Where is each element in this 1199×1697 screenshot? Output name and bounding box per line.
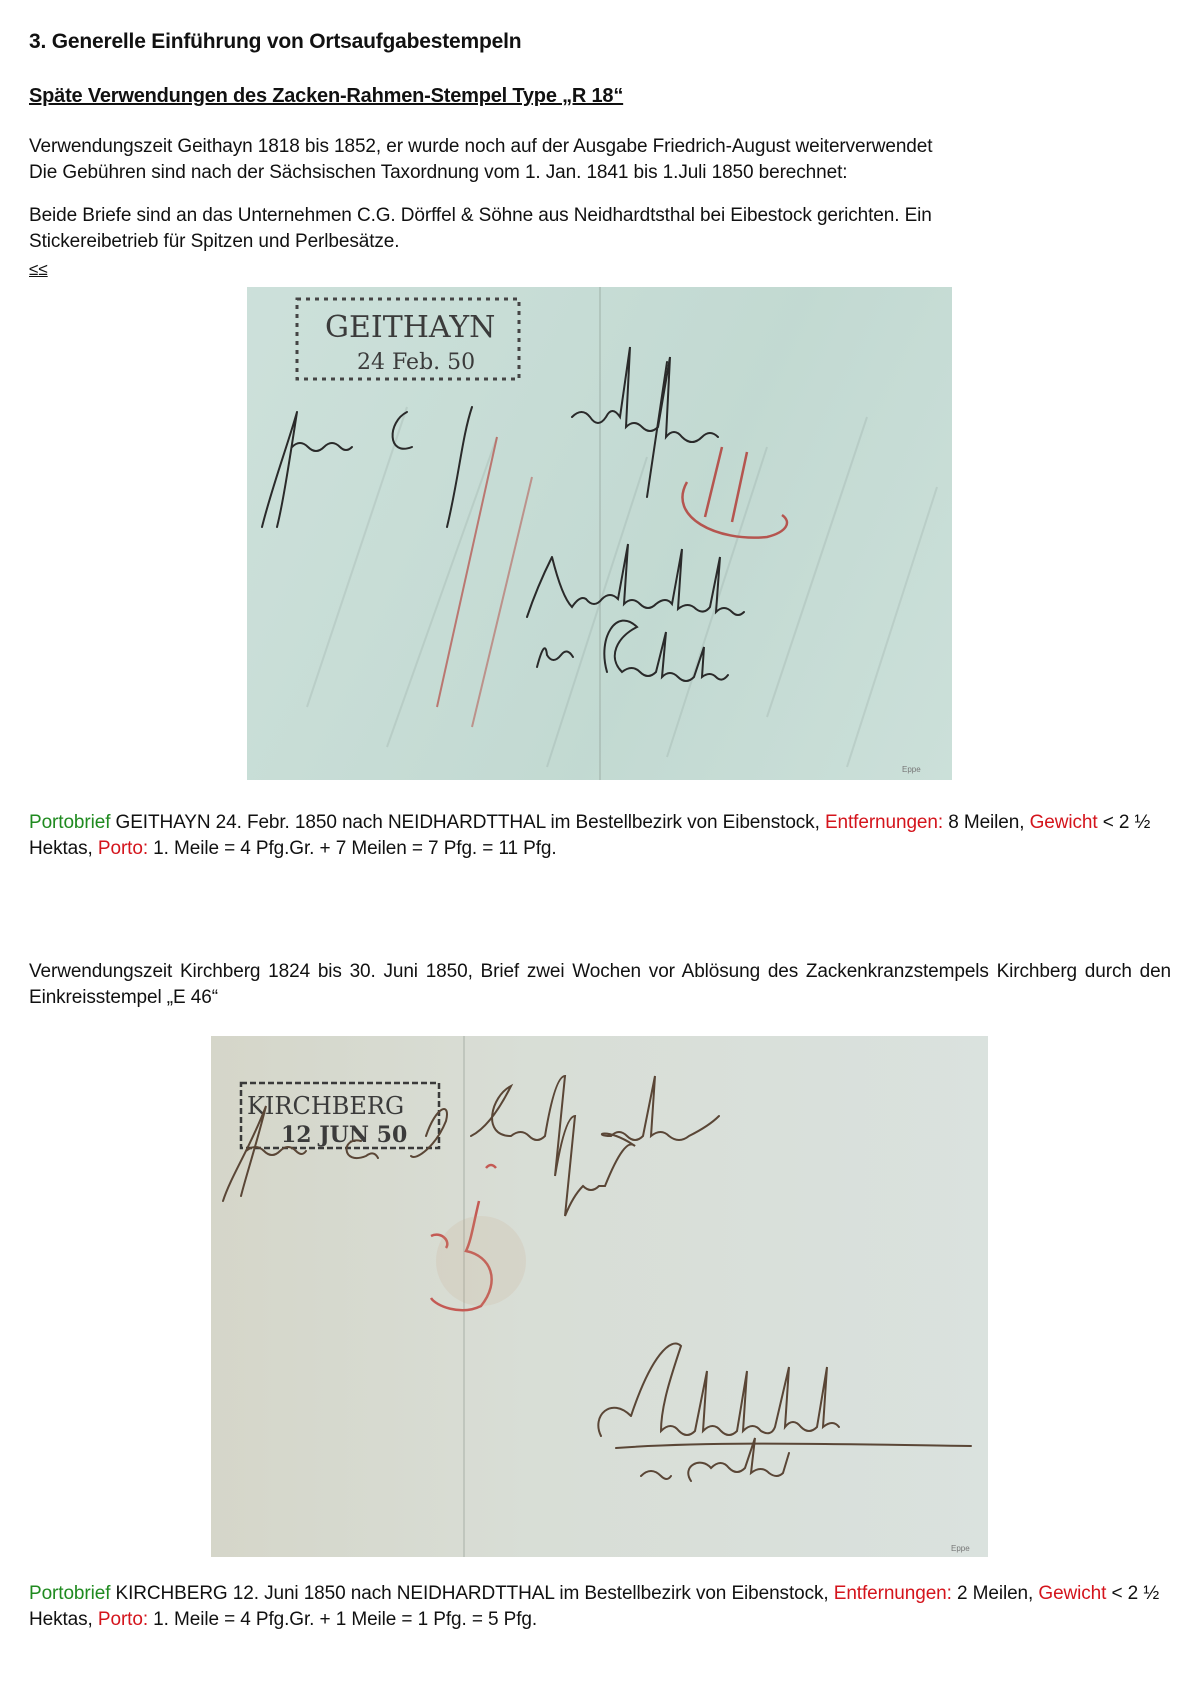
caption-kirchberg: Portobrief KIRCHBERG 12. Juni 1850 nach … xyxy=(29,1581,1174,1633)
geithayn-stamp: GEITHAYN 24 Feb. 50 xyxy=(297,299,519,379)
intro-paragraph: Verwendungszeit Geithayn 1818 bis 1852, … xyxy=(29,134,1169,186)
weight-label: Gewicht xyxy=(1030,812,1098,833)
svg-text:24 Feb. 50: 24 Feb. 50 xyxy=(357,350,475,375)
marker-text: ≤≤ xyxy=(29,260,48,280)
svg-text:KIRCHBERG: KIRCHBERG xyxy=(247,1092,404,1120)
distance-label: Entfernungen: xyxy=(825,812,943,833)
company-line-2: Stickereibetrieb für Spitzen und Perlbes… xyxy=(29,229,1169,255)
letter-image-kirchberg: KIRCHBERG 12 JUN 50 Ерре xyxy=(211,1036,988,1557)
kirchberg-stamp: KIRCHBERG 12 JUN 50 xyxy=(241,1083,439,1148)
section-subheading: Späte Verwendungen des Zacken-Rahmen-Ste… xyxy=(29,85,623,108)
company-paragraph: Beide Briefe sind an das Unternehmen C.G… xyxy=(29,203,1169,255)
svg-text:GEITHAYN: GEITHAYN xyxy=(325,310,495,345)
distance-label: Entfernungen: xyxy=(834,1583,952,1604)
company-line-1: Beide Briefe sind an das Unternehmen C.G… xyxy=(29,203,1169,229)
letter-2-artwork: KIRCHBERG 12 JUN 50 Ерре xyxy=(211,1036,988,1557)
intro-line-2: Die Gebühren sind nach der Sächsischen T… xyxy=(29,160,1169,186)
kirchberg-paragraph: Verwendungszeit Kirchberg 1824 bis 30. J… xyxy=(29,959,1171,1011)
svg-text:Ерре: Ерре xyxy=(951,1544,970,1553)
type-label: Portobrief xyxy=(29,812,110,833)
weight-label: Gewicht xyxy=(1038,1583,1106,1604)
svg-text:Ерре: Ерре xyxy=(902,765,921,774)
svg-text:12 JUN 50: 12 JUN 50 xyxy=(281,1122,407,1148)
page-heading: 3. Generelle Einführung von Ortsaufgabes… xyxy=(29,30,521,54)
letter-image-geithayn: GEITHAYN 24 Feb. 50 Ерре xyxy=(247,287,952,780)
type-label: Portobrief xyxy=(29,1583,110,1604)
porto-label: Porto: xyxy=(98,838,148,859)
letter-1-artwork: GEITHAYN 24 Feb. 50 Ерре xyxy=(247,287,952,780)
porto-label: Porto: xyxy=(98,1609,148,1630)
intro-line-1: Verwendungszeit Geithayn 1818 bis 1852, … xyxy=(29,134,1169,160)
caption-geithayn: Portobrief GEITHAYN 24. Febr. 1850 nach … xyxy=(29,810,1174,862)
